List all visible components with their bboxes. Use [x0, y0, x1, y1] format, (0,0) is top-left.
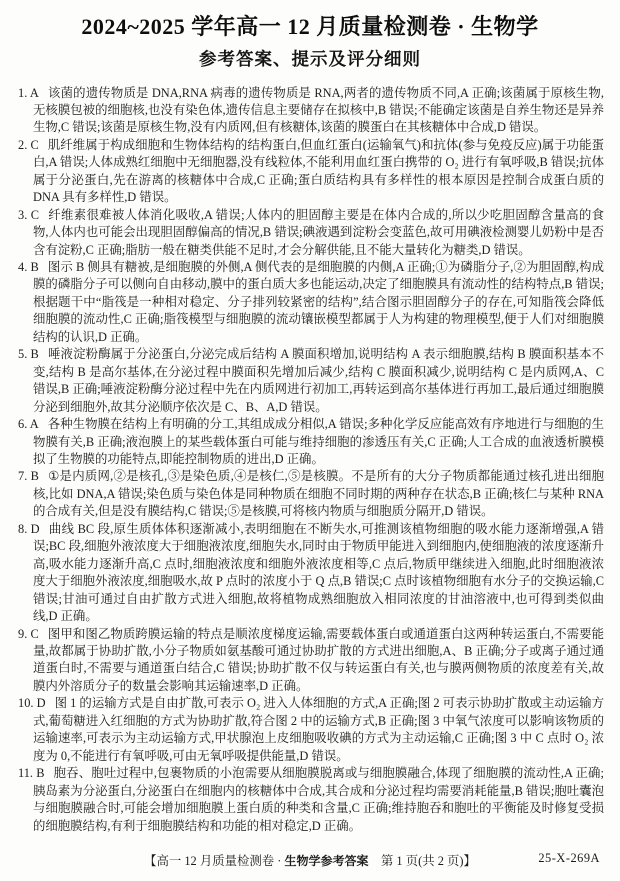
answer-sheet-page: 2024~2025 学年高一 12 月质量检测卷 · 生物学 参考答案、提示及评… — [0, 0, 620, 881]
answer-text: 胞吞、胞吐过程中,包裹物质的小泡需要从细胞膜脱离或与细胞膜融合,体现了细胞膜的流… — [33, 766, 604, 832]
answer-item-8: 8. D曲线 BC 段,原生质体体积逐渐减小,表明细胞在不断失水,可推测该植物细… — [18, 521, 604, 626]
answer-item-10: 10. D图 1 的运输方式是自由扩散,可表示 O₂ 进入人体细胞的方式,A 正… — [18, 695, 604, 765]
answer-label: 1. A — [18, 86, 39, 100]
answer-text: 纤维素很难被人体消化吸收,A 错误;人体内的胆固醇主要是在体内合成的,所以少吃胆… — [33, 208, 604, 257]
answer-item-1: 1. A该菌的遗传物质是 DNA,RNA 病毒的遗传物质是 RNA,两者的遗传物… — [18, 85, 604, 137]
answer-label: 10. D — [18, 696, 46, 710]
answer-text: 肌纤维属于构成细胞和生物体结构的结构蛋白,但血红蛋白(运输氧气)和抗体(参与免疫… — [33, 138, 604, 204]
page-title: 2024~2025 学年高一 12 月质量检测卷 · 生物学 — [0, 13, 620, 41]
answer-item-6: 6. A各种生物膜在结构上有明确的分工,其组成成分相似,A 错误;多种化学反应能… — [18, 416, 604, 468]
answer-item-4: 4. B图示 B 侧具有糖被,是细胞膜的外侧,A 侧代表的是细胞膜的内侧,A 正… — [18, 259, 604, 346]
answer-text: ①是内质网,②是核孔,③是染色质,④是核仁,⑤是核膜。不是所有的大分子物质都能通… — [33, 469, 604, 518]
footer-exam-name: 【高一 12 月质量检测卷 · — [144, 854, 284, 868]
answer-text: 图 1 的运输方式是自由扩散,可表示 O₂ 进入人体细胞的方式,A 正确;图 2… — [33, 696, 604, 762]
footer-subject-answers: 生物学参考答案 — [285, 854, 369, 868]
answer-label: 5. B — [18, 347, 39, 361]
answer-label: 3. C — [18, 208, 39, 222]
answer-text: 各种生物膜在结构上有明确的分工,其组成成分相似,A 错误;多种化学反应能高效有序… — [33, 417, 604, 466]
answer-item-3: 3. C纤维素很难被人体消化吸收,A 错误;人体内的胆固醇主要是在体内合成的,所… — [18, 207, 604, 259]
answer-label: 2. C — [18, 138, 39, 152]
answer-label: 8. D — [18, 522, 40, 536]
footer-paper-code: 25-X-269A — [538, 851, 600, 866]
answer-item-2: 2. C肌纤维属于构成细胞和生物体结构的结构蛋白,但血红蛋白(运输氧气)和抗体(… — [18, 137, 604, 207]
answer-text: 图示 B 侧具有糖被,是细胞膜的外侧,A 侧代表的是细胞膜的内侧,A 正确;①为… — [33, 260, 604, 344]
answer-label: 7. B — [18, 469, 39, 483]
answer-label: 11. B — [18, 766, 45, 780]
answer-item-11: 11. B胞吞、胞吐过程中,包裹物质的小泡需要从细胞膜脱离或与细胞膜融合,体现了… — [18, 765, 604, 835]
answer-text: 唾液淀粉酶属于分泌蛋白,分泌完成后结构 A 膜面积增加,说明结构 A 表示细胞膜… — [33, 347, 604, 413]
answer-text: 曲线 BC 段,原生质体体积逐渐减小,表明细胞在不断失水,可推测该植物细胞的吸水… — [33, 522, 604, 623]
page-header: 2024~2025 学年高一 12 月质量检测卷 · 生物学 参考答案、提示及评… — [0, 0, 620, 71]
footer-text: 【高一 12 月质量检测卷 · 生物学参考答案 第 1 页(共 2 页)】 — [0, 851, 620, 869]
page-footer: 【高一 12 月质量检测卷 · 生物学参考答案 第 1 页(共 2 页)】 25… — [0, 851, 620, 869]
answers-list: 1. A该菌的遗传物质是 DNA,RNA 病毒的遗传物质是 RNA,两者的遗传物… — [0, 85, 620, 835]
answer-label: 4. B — [18, 260, 39, 274]
answer-text: 该菌的遗传物质是 DNA,RNA 病毒的遗传物质是 RNA,两者的遗传物质不同,… — [33, 86, 604, 135]
answer-label: 9. C — [18, 627, 39, 641]
answer-item-5: 5. B唾液淀粉酶属于分泌蛋白,分泌完成后结构 A 膜面积增加,说明结构 A 表… — [18, 346, 604, 416]
footer-page-number: 第 1 页(共 2 页)】 — [369, 854, 476, 868]
answer-text: 图甲和图乙物质跨膜运输的特点是顺浓度梯度运输,需要载体蛋白或通道蛋白这两种转运蛋… — [33, 627, 604, 693]
page-subtitle: 参考答案、提示及评分细则 — [0, 46, 620, 71]
answer-item-9: 9. C图甲和图乙物质跨膜运输的特点是顺浓度梯度运输,需要载体蛋白或通道蛋白这两… — [18, 626, 604, 696]
answer-label: 6. A — [18, 417, 39, 431]
answer-item-7: 7. B①是内质网,②是核孔,③是染色质,④是核仁,⑤是核膜。不是所有的大分子物… — [18, 468, 604, 520]
